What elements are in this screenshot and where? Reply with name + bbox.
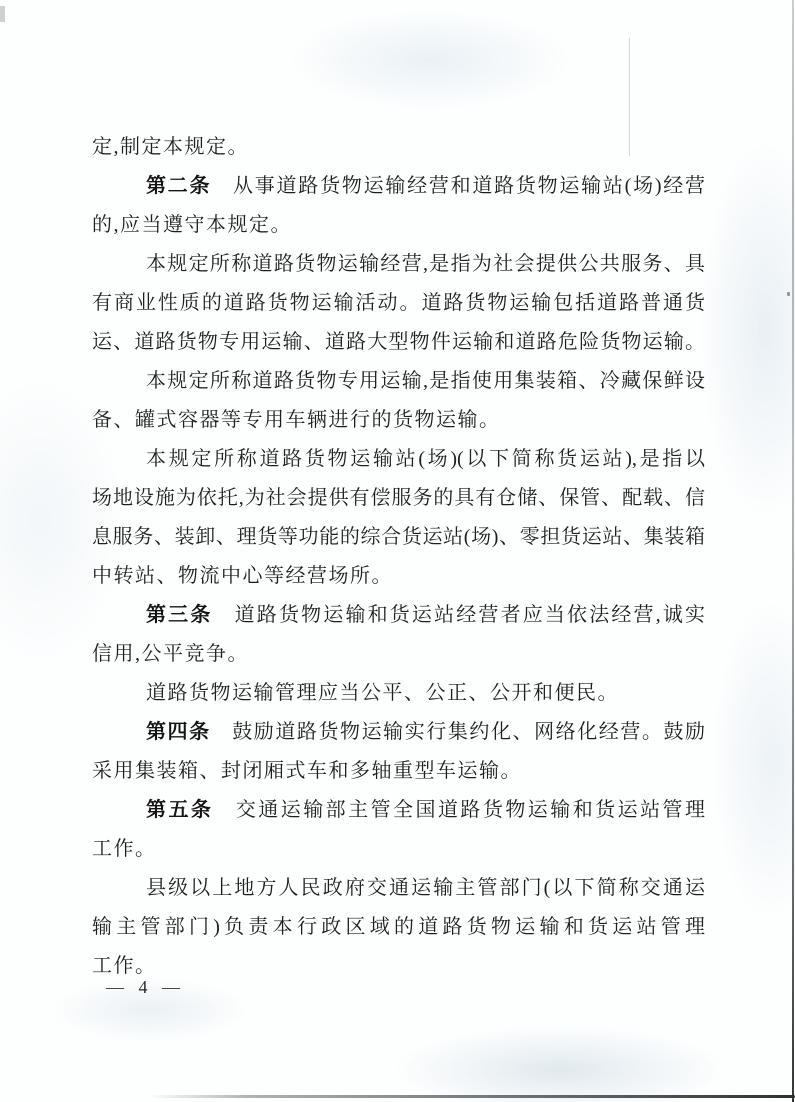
text-line: 备、罐式容器等专用车辆进行的货物运输。 bbox=[92, 401, 705, 440]
text-line: 定,制定本规定。 bbox=[92, 128, 705, 167]
text-segment: 本规定所称道路货物运输站(场)(以下简称货运站),是指以 bbox=[146, 448, 705, 470]
text-segment: 息服务、装卸、理货等功能的综合货运站(场)、零担货运站、集装箱 bbox=[92, 526, 705, 548]
text-line: 第四条 鼓励道路货物运输实行集约化、网络化经营。鼓励 bbox=[92, 713, 705, 752]
text-line: 第二条 从事道路货物运输经营和道路货物运输站(场)经营 bbox=[92, 167, 705, 206]
text-line: 第三条 道路货物运输和货运站经营者应当依法经营,诚实 bbox=[92, 596, 705, 635]
document-body: 定,制定本规定。第二条 从事道路货物运输经营和道路货物运输站(场)经营的,应当遵… bbox=[92, 128, 705, 986]
text-segment: 信用,公平竞争。 bbox=[92, 643, 249, 665]
text-segment: 交通运输部主管全国道路货物运输和货运站管理 bbox=[213, 799, 705, 821]
text-line: 的,应当遵守本规定。 bbox=[92, 206, 705, 245]
scan-speck-right bbox=[787, 292, 790, 296]
text-line: 中转站、物流中心等经营场所。 bbox=[92, 557, 705, 596]
article-number: 第五条 bbox=[146, 799, 213, 821]
article-number: 第三条 bbox=[146, 604, 212, 626]
text-segment: 道路货物运输管理应当公平、公正、公开和便民。 bbox=[146, 682, 619, 704]
text-segment: 采用集装箱、封闭厢式车和多轴重型车运输。 bbox=[92, 760, 522, 782]
scan-speck-top-left bbox=[0, 6, 5, 22]
text-segment: 鼓励道路货物运输实行集约化、网络化经营。鼓励 bbox=[211, 721, 705, 743]
text-line: 本规定所称道路货物运输经营,是指为社会提供公共服务、具 bbox=[92, 245, 705, 284]
text-segment: 定,制定本规定。 bbox=[92, 136, 249, 158]
text-line: 本规定所称道路货物运输站(场)(以下简称货运站),是指以 bbox=[92, 440, 705, 479]
text-line: 输主管部门)负责本行政区域的道路货物运输和货运站管理 bbox=[92, 908, 705, 947]
page-number: — 4 — bbox=[106, 977, 182, 998]
text-line: 道路货物运输管理应当公平、公正、公开和便民。 bbox=[92, 674, 705, 713]
text-line: 县级以上地方人民政府交通运输主管部门(以下简称交通运 bbox=[92, 869, 705, 908]
text-segment: 县级以上地方人民政府交通运输主管部门(以下简称交通运 bbox=[146, 877, 705, 899]
article-number: 第四条 bbox=[146, 721, 211, 743]
scan-edge-bottom bbox=[150, 1095, 795, 1098]
text-segment: 运、道路货物专用运输、道路大型物件运输和道路危险货物运输。 bbox=[92, 331, 705, 353]
text-segment: 本规定所称道路货物运输经营,是指为社会提供公共服务、具 bbox=[146, 253, 705, 275]
text-segment: 工作。 bbox=[92, 838, 157, 860]
text-line: 场地设施为依托,为社会提供有偿服务的具有仓储、保管、配载、信 bbox=[92, 479, 705, 518]
text-line: 第五条 交通运输部主管全国道路货物运输和货运站管理 bbox=[92, 791, 705, 830]
text-line: 采用集装箱、封闭厢式车和多轴重型车运输。 bbox=[92, 752, 705, 791]
text-segment: 场地设施为依托,为社会提供有偿服务的具有仓储、保管、配载、信 bbox=[92, 487, 705, 509]
text-segment: 备、罐式容器等专用车辆进行的货物运输。 bbox=[92, 409, 501, 431]
scan-edge-right bbox=[792, 0, 795, 1102]
text-segment: 工作。 bbox=[92, 955, 157, 977]
text-segment: 输主管部门)负责本行政区域的道路货物运输和货运站管理 bbox=[92, 916, 705, 938]
text-line: 息服务、装卸、理货等功能的综合货运站(场)、零担货运站、集装箱 bbox=[92, 518, 705, 557]
scanned-page: 定,制定本规定。第二条 从事道路货物运输经营和道路货物运输站(场)经营的,应当遵… bbox=[0, 0, 795, 1102]
text-line: 信用,公平竞争。 bbox=[92, 635, 705, 674]
text-segment: 本规定所称道路货物专用运输,是指使用集装箱、冷藏保鲜设 bbox=[146, 370, 705, 392]
text-line: 运、道路货物专用运输、道路大型物件运输和道路危险货物运输。 bbox=[92, 323, 705, 362]
text-segment: 的,应当遵守本规定。 bbox=[92, 214, 292, 236]
text-line: 有商业性质的道路货物运输活动。道路货物运输包括道路普通货 bbox=[92, 284, 705, 323]
text-line: 本规定所称道路货物专用运输,是指使用集装箱、冷藏保鲜设 bbox=[92, 362, 705, 401]
text-line: 工作。 bbox=[92, 830, 705, 869]
text-line: 工作。 bbox=[92, 947, 705, 986]
article-number: 第二条 bbox=[146, 175, 211, 197]
text-segment: 有商业性质的道路货物运输活动。道路货物运输包括道路普通货 bbox=[92, 292, 705, 314]
text-segment: 中转站、物流中心等经营场所。 bbox=[92, 565, 393, 587]
text-segment: 道路货物运输和货运站经营者应当依法经营,诚实 bbox=[212, 604, 705, 626]
text-segment: 从事道路货物运输经营和道路货物运输站(场)经营 bbox=[211, 175, 705, 197]
